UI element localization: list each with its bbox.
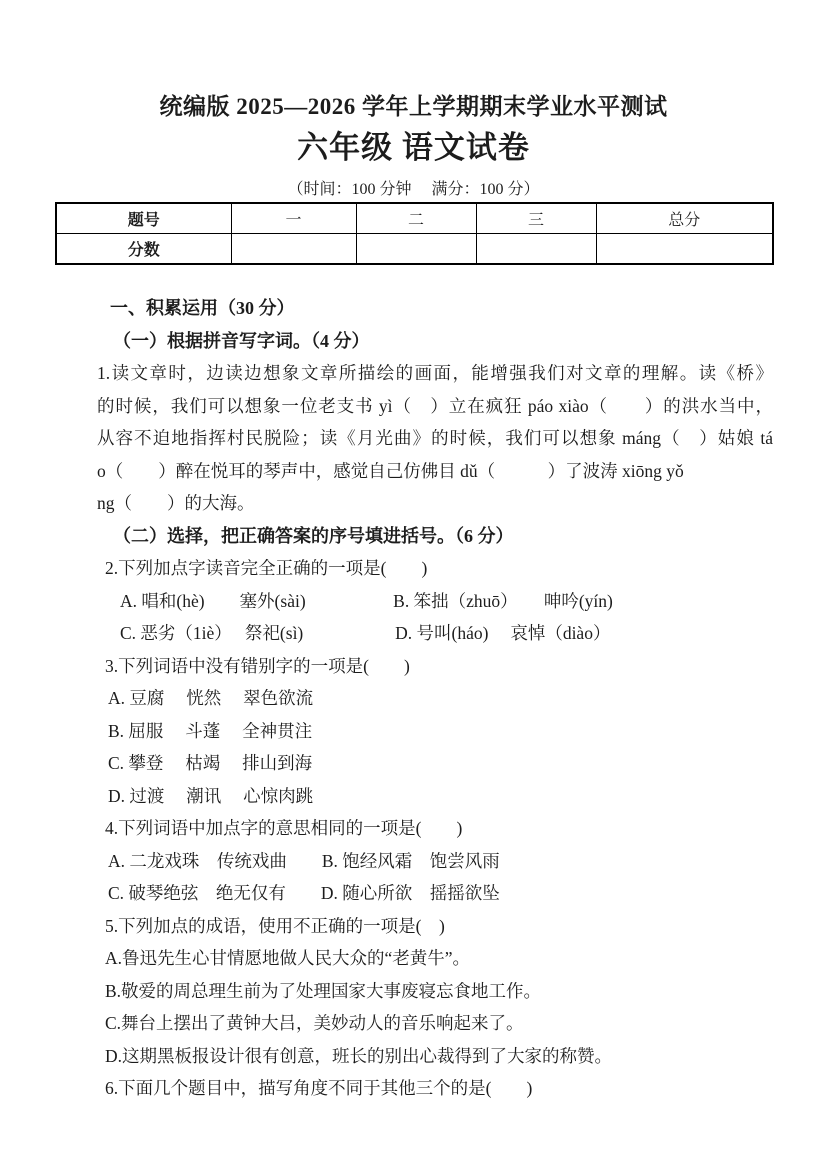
score-table-cell-part3: 三 (476, 203, 596, 234)
score-table-cell-empty-3 (476, 234, 596, 265)
question-5-option-a: A.鲁迅先生心甘情愿地做人民大众的“老黄牛”。 (97, 942, 773, 975)
score-table-cell-empty-2 (356, 234, 476, 265)
score-table-cell-empty-4 (596, 234, 773, 265)
score-table-cell-question-label: 题号 (56, 203, 231, 234)
question-1-line-1: 1.读文章时，边读边想象文章所描绘的画面，能增强我们对文章的理解。读《桥》 (97, 357, 773, 390)
question-1-line-5: ng（ ）的大海。 (97, 487, 773, 520)
question-4-options-ab: A. 二龙戏珠 传统戏曲 B. 饱经风霜 饱尝风雨 (97, 845, 773, 878)
subsection-2-heading: （二）选择，把正确答案的序号填进括号。（6 分） (97, 520, 773, 553)
question-4-options-cd: C. 破琴绝弦 绝无仅有 D. 随心所欲 摇摇欲坠 (97, 877, 773, 910)
question-5-option-d: D.这期黑板报设计很有创意，班长的别出心裁得到了大家的称赞。 (97, 1040, 773, 1073)
question-5-option-b: B.敬爱的周总理生前为了处理国家大事废寝忘食地工作。 (97, 975, 773, 1008)
question-6-stem: 6.下面几个题目中，描写角度不同于其他三个的是( ) (97, 1072, 773, 1105)
section-1-heading: 一、积累运用（30 分） (97, 292, 773, 325)
question-5-stem: 5.下列加点的成语，使用不正确的一项是( ) (97, 910, 773, 943)
score-table-cell-part2: 二 (356, 203, 476, 234)
question-1-line-2: 的时候，我们可以想象一位老支书 yì（ ）立在疯狂 páo xiào（ ）的洪水… (97, 390, 773, 423)
question-1-line-3: 从容不迫地指挥村民脱险；读《月光曲》的时候，我们可以想象 máng（ ）姑娘 t… (97, 422, 773, 455)
question-4-stem: 4.下列词语中加点字的意思相同的一项是( ) (97, 812, 773, 845)
score-table: 题号 一 二 三 总分 分数 (55, 202, 774, 265)
exam-time-score-info: （时间：100 分钟 满分：100 分） (0, 176, 827, 199)
question-1-line-4: o（ ）醉在悦耳的琴声中，感觉自己仿佛目 dǔ（ ）了波涛 xiōng yǒ (97, 455, 773, 488)
subsection-1-heading: （一）根据拼音写字词。（4 分） (97, 325, 773, 358)
exam-subject-title: 六年级 语文试卷 (0, 122, 827, 167)
question-5-option-c: C.舞台上摆出了黄钟大吕，美妙动人的音乐响起来了。 (97, 1007, 773, 1040)
score-table-header-row: 题号 一 二 三 总分 (56, 203, 773, 234)
question-3-option-b: B. 屈服 斗蓬 全神贯注 (97, 715, 773, 748)
score-table-cell-total-label: 总分 (596, 203, 773, 234)
score-table-cell-part1: 一 (231, 203, 356, 234)
question-3-option-c: C. 攀登 枯竭 排山到海 (97, 747, 773, 780)
question-3-stem: 3.下列词语中没有错别字的一项是( ) (97, 650, 773, 683)
score-table-cell-empty-1 (231, 234, 356, 265)
exam-series-title: 统编版 2025—2026 学年上学期期末学业水平测试 (0, 88, 827, 121)
score-table-cell-score-label: 分数 (56, 234, 231, 265)
question-2-stem: 2.下列加点字读音完全正确的一项是( ) (97, 552, 773, 585)
question-3-option-d: D. 过渡 潮讯 心惊肉跳 (97, 780, 773, 813)
exam-paper-page: 统编版 2025—2026 学年上学期期末学业水平测试 六年级 语文试卷 （时间… (0, 0, 827, 1169)
question-2-options-cd: C. 恶劣（1iè） 祭祀(sì) D. 号叫(háo) 哀悼（diào） (97, 617, 773, 650)
question-3-option-a: A. 豆腐 恍然 翠色欲流 (97, 682, 773, 715)
score-table-score-row: 分数 (56, 234, 773, 265)
exam-body: 一、积累运用（30 分） （一）根据拼音写字词。（4 分） 1.读文章时，边读边… (97, 292, 773, 1105)
question-2-options-ab: A. 唱和(hè) 塞外(sài) B. 笨拙（zhuō） 呻吟(yín) (97, 585, 773, 618)
